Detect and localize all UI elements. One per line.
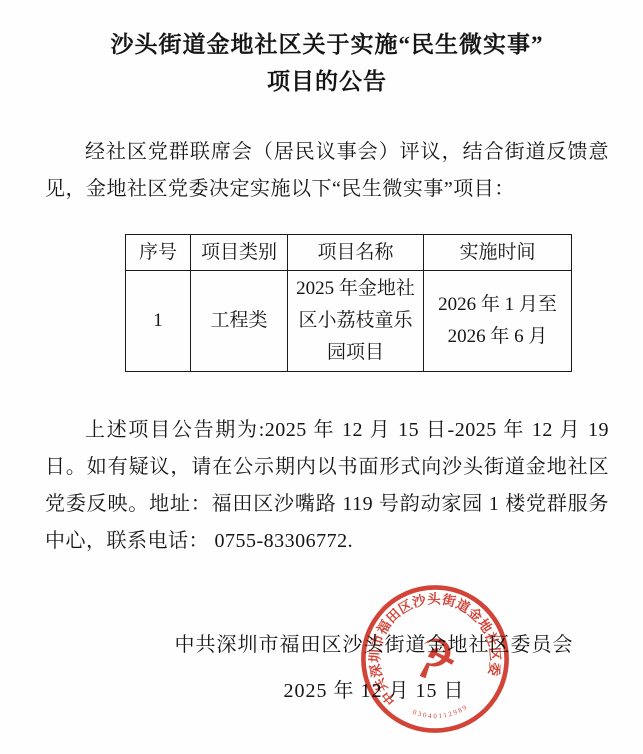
- table-row: 1 工程类 2025 年金地社区小荔枝童乐园项目 2026 年 1 月至 202…: [126, 271, 572, 372]
- title-line-1: 沙头街道金地社区关于实施“民生微实事”: [45, 26, 609, 63]
- title-line-2: 项目的公告: [45, 63, 609, 100]
- signature-block: 中共深圳市福田区沙头街道金地社区委员会 2025 年 12 月 15 日: [165, 632, 583, 704]
- page-title: 沙头街道金地社区关于实施“民生微实事” 项目的公告: [45, 26, 609, 100]
- cell-time: 2026 年 1 月至 2026 年 6 月: [424, 271, 572, 372]
- issuing-authority: 中共深圳市福田区沙头街道金地社区委员会: [165, 632, 583, 658]
- notice-paragraph: 上述项目公告期为:2025 年 12 月 15 日-2025 年 12 月 19…: [45, 412, 609, 560]
- intro-paragraph: 经社区党群联席会（居民议事会）评议，结合街道反馈意见，金地社区党委决定实施以下“…: [45, 134, 609, 208]
- cell-type: 工程类: [191, 271, 288, 372]
- announcement-page: 沙头街道金地社区关于实施“民生微实事” 项目的公告 经社区党群联席会（居民议事会…: [0, 0, 643, 754]
- document-date: 2025 年 12 月 15 日: [165, 678, 583, 704]
- header-seq: 序号: [126, 235, 191, 271]
- document-content: 沙头街道金地社区关于实施“民生微实事” 项目的公告 经社区党群联席会（居民议事会…: [0, 0, 643, 704]
- project-table: 序号 项目类别 项目名称 实施时间 1 工程类 2025 年金地社区小荔枝童乐园…: [125, 234, 572, 372]
- header-time: 实施时间: [424, 235, 572, 271]
- cell-name: 2025 年金地社区小荔枝童乐园项目: [288, 271, 424, 372]
- header-name: 项目名称: [288, 235, 424, 271]
- table-header-row: 序号 项目类别 项目名称 实施时间: [126, 235, 572, 271]
- cell-seq: 1: [126, 271, 191, 372]
- header-type: 项目类别: [191, 235, 288, 271]
